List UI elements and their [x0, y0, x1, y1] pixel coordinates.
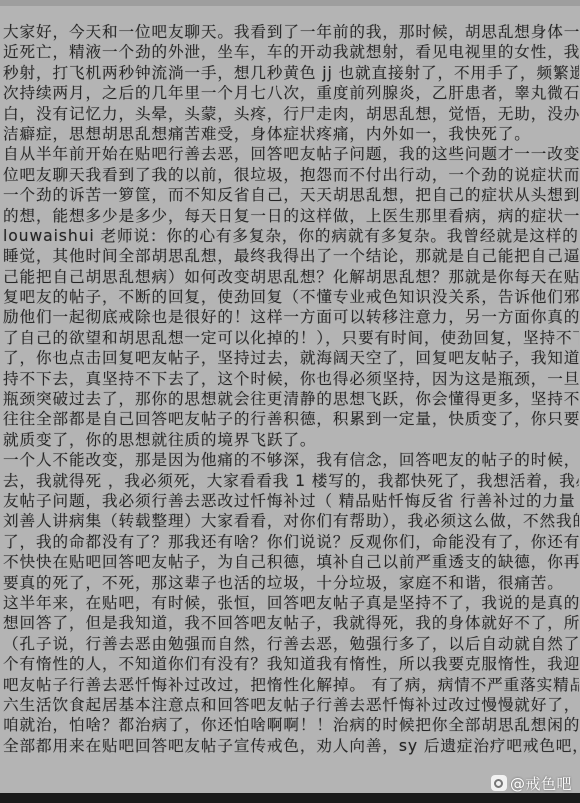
bottom-border: [0, 793, 580, 803]
text-line: 秒射，打飞机两秒钟流淌一手，想几秒黄色 jj 也就直接射了，不用手了，频繁遗精，…: [3, 63, 579, 83]
text-line: 近死亡，精液一个劲的外泄，坐车，车的开动我就想射，看见电视里的女性，我 jj 就…: [3, 42, 579, 62]
text-line: 咱就治，怕啥？都治病了，你还怕啥啊啊！！治病的时候把你全部胡思乱想闲的时间，全部: [3, 715, 579, 735]
text-line: 了，我的命都没有了？那我还有啥？你们说说？反观你们，命能没有了，你还有啥？你们还: [3, 532, 579, 552]
text-line: 要真的死了，不死，那这辈子也活的垃圾，十分垃圾，家庭不和谐，很痛苦。: [3, 573, 579, 593]
text-line: 励他们一起彻底戒除也是很好的！这样一方面可以转移注意力，另一方面你真的去认真回答: [3, 307, 579, 327]
text-line: 位吧友聊天我看到了我的以前，很垃圾，抱怨而不付出行动，一个劲的说症状而不付出行动…: [3, 165, 579, 185]
document-body: 大家好，今天和一位吧友聊天。我看到了一年前的我，那时候，胡思乱想身体一堆症状，接…: [3, 22, 579, 756]
text-line: 的想，能想多少是多少，每天日复一日的这样做，上医生那里看病，病的症状一次比一次多…: [3, 206, 579, 226]
text-line: 想回答了，但是我知道，我不回答吧友帖子，我就得死，我的身体就好不了，所以我得回答: [3, 613, 579, 633]
text-line: 洁癖症，思想胡思乱想痛苦难受，身体症状疼痛，内外如一，我快死了。: [3, 124, 579, 144]
text-line: 白，没有记忆力，头晕，头蒙，头疼，行尸走肉，胡思乱想，觉悟，无助，没办法，强迫症…: [3, 104, 579, 124]
text-line: 瓶颈突破过去了，那你的思想就会往更清静的思想飞跃，你会懂得更多，坚持不下去的时候…: [3, 389, 579, 409]
text-line: 睡觉，其他时间全部胡思乱想，最终我得出了一个结论，那就是自己能把自己逼死（就是自: [3, 246, 579, 266]
text-line: 这半年来，在贴吧，有时候，张恒，回答吧友帖子真是坚持不了，我说的是真的。我真的不: [3, 593, 579, 613]
text-line: 己能把自己胡思乱想病）如何改变胡思乱想？化解胡思乱想？那就是你每天在贴吧不断的回: [3, 267, 579, 287]
text-line: 去，我就得死 ，我必须死，大家看看我 1 楼写的，我都快死了，我想活着，我必须回…: [3, 471, 579, 491]
text-line: 刘善人讲病集（转载整理）大家看看，对你们有帮助），我必须这么做，不然我的命都没有: [3, 511, 579, 531]
text-line: 就质变了，你的思想就往质的境界飞跃了。: [3, 430, 579, 450]
text-line: 个有惰性的人，不知道你们有没有？我知道我有惰性，所以我要克服惰性，我迎着惰性回答: [3, 654, 579, 674]
text-line: 吧友帖子行善去恶忏悔补过改过，把惰性化解掉。 有了病，病情不严重落实精品贴申明十: [3, 675, 579, 695]
text-line: 友帖子问题，我必须行善去恶改过忏悔补过（ 精品贴忏悔反省 行善补过的力量 王善 …: [3, 491, 579, 511]
text-line: 一个人不能改变，那是因为他痛的不够深，我有信念，回答吧友的帖子的时候，我坚持不下: [3, 450, 579, 470]
weibo-icon: [491, 775, 507, 791]
text-line: 大家好，今天和一位吧友聊天。我看到了一年前的我，那时候，胡思乱想身体一堆症状，接: [3, 22, 579, 42]
watermark: @戒色吧: [491, 773, 572, 793]
text-line: 一个劲的诉苦一箩筐，而不知反省自己，天天胡思乱想，把自己的症状从头想到脚，一个劲: [3, 185, 579, 205]
text-line: 六生活饮食起居基本注意点和回答吧友帖子行善去恶忏悔补过改过慢慢就好了，病情严重，: [3, 695, 579, 715]
text-line: 往往全部都是自己回答吧友帖子的行善积德，积累到一定量，快质变了，你只要坚持去，那: [3, 409, 579, 429]
text-line: 了，你也点击回复吧友帖子，坚持过去，就海阔天空了，回复吧友帖子，我知道你会有时坚: [3, 348, 579, 368]
watermark-text: @戒色吧: [510, 773, 572, 794]
text-line: （孔子说，行善去恶由勉强而自然，行善去恶，勉强行多了，以后自动就自然了！）我是一: [3, 634, 579, 654]
text-line: 全部都用来在贴吧回答吧友帖子宣传戒色，劝人向善，sy 后遗症治疗吧戒色吧，每天: [3, 736, 579, 756]
text-line: 持不下去，真坚持不下去了，这个时候，你也得必须坚持，因为这是瓶颈，一旦坚持过去了…: [3, 369, 579, 389]
text-line: louwaishui 老师说：你的心有多复杂，你的病就有多复杂。我曾经就是这样的…: [3, 226, 579, 246]
text-line: 自从半年前开始在贴吧行善去恶，回答吧友帖子问题，我的这些问题才一一改变，今天和这: [3, 144, 579, 164]
text-line: 不快快在贴吧回答吧友帖子，为自己积德，填补自己以前严重透支的缺德，你再不填，就可: [3, 552, 579, 572]
text-line: 复吧友的帖子，不断的回复，使劲回复（不懂专业戒色知识没关系，告诉他们邪淫危害，鼓: [3, 287, 579, 307]
text-line: 次持续两月，之后的几年里一个月七八次，重度前列腺炎，乙肝患者，睾丸微石症，大脑空: [3, 83, 579, 103]
text-line: 了自己的欲望和胡思乱想一定可以化掉的！），只要有时间，使劲回复，坚持不下去，快哭: [3, 328, 579, 348]
